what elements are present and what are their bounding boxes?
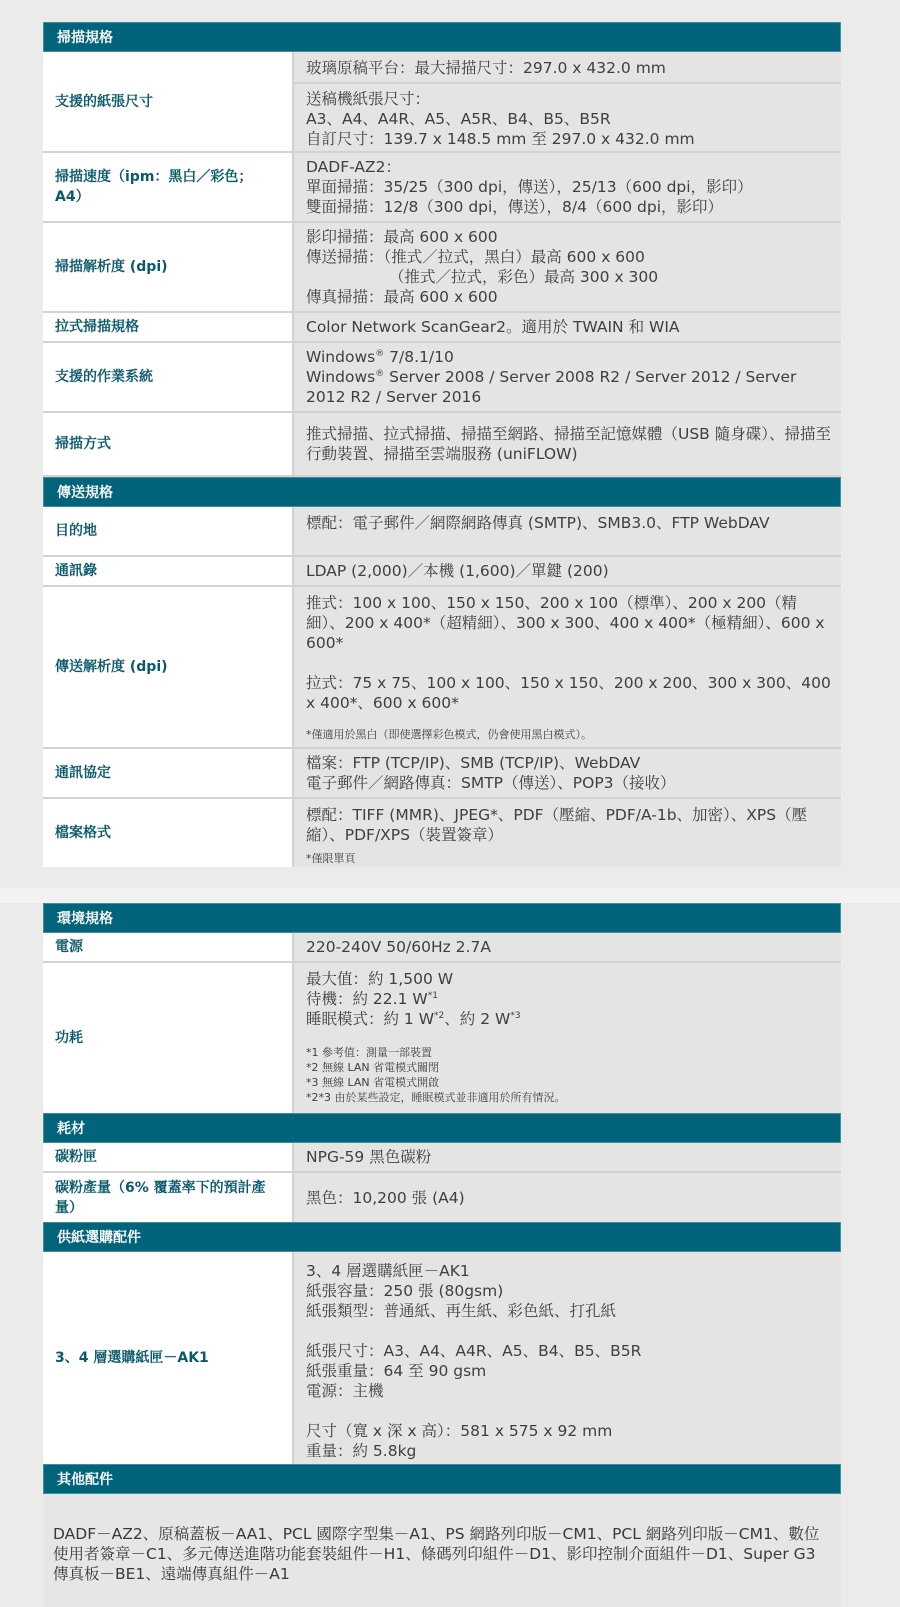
row-scan-speed: 掃描速度（ipm：黑白／彩色；A4） DADF-AZ2： 單面掃描：35/25（… [43,153,841,223]
footnote: *2*3 由於某些設定，睡眠模式並非適用於所有情況。 [306,1090,831,1105]
value-line: 黑色：10,200 張 (A4) [306,1188,831,1208]
spec-panel-top: 掃描規格 支援的紙張尺寸 玻璃原稿平台：最大掃描尺寸：297.0 x 432.0… [43,22,841,888]
value-line: 傳真掃描：最高 600 x 600 [306,287,831,307]
footnote-ref: *3 [510,1011,520,1021]
row-label: 通訊錄 [43,557,294,585]
row-value: 推式掃描、拉式掃描、掃描至網路、掃描至記憶媒體（USB 隨身碟）、掃描至行動裝置… [294,413,841,475]
row-label: 拉式掃描規格 [43,313,294,341]
sleep-value: 睡眠模式：約 1 W [306,1010,434,1028]
row-value: 影印掃描：最高 600 x 600 傳送掃描：（推式／拉式，黑白）最高 600 … [294,223,841,311]
row-label: 碳粉產量（6% 覆蓋率下的預計產量） [43,1173,294,1222]
os-name: Windows [306,348,375,366]
section-title: 耗材 [57,1118,85,1138]
section-header-environment: 環境規格 [43,903,841,933]
os-name: Windows [306,368,375,386]
footnote: *3 無線 LAN 省電模式開啟 [306,1075,831,1090]
row-send-resolution: 傳送解析度 (dpi) 推式：100 x 100、150 x 150、200 x… [43,587,841,749]
value-line: Color Network ScanGear2。適用於 TWAIN 和 WIA [306,317,831,337]
row-cassette-ak1: 3、4 層選購紙匣－AK1 3、4 層選購紙匣－AK1 紙張容量：250 張 (… [43,1252,841,1464]
custom-size: 自訂尺寸：139.7 x 148.5 mm 至 297.0 x 432.0 mm [306,129,841,149]
value-line: 3、4 層選購紙匣－AK1 [306,1261,831,1281]
section-title: 其他配件 [57,1469,113,1489]
row-scan-resolution: 掃描解析度 (dpi) 影印掃描：最高 600 x 600 傳送掃描：（推式／拉… [43,223,841,313]
value-line: 最大值：約 1,500 W [306,969,831,989]
row-label: 電源 [43,933,294,961]
section-title: 傳送規格 [57,482,113,502]
value-line: 電子郵件／網路傳真：SMTP（傳送）、POP3（接收） [306,773,831,793]
value-line: （推式／拉式，彩色）最高 300 x 300 [306,267,831,287]
registered-mark: ® [375,349,384,359]
footnote-ref: *2 [434,1011,444,1021]
row-label: 掃描速度（ipm：黑白／彩色；A4） [43,153,294,221]
section-header-consumables: 耗材 [43,1113,841,1143]
value-line: 紙張類型：普通紙、再生紙、彩色紙、打孔紙 [306,1301,831,1321]
row-value: 檔案：FTP (TCP/IP)、SMB (TCP/IP)、WebDAV 電子郵件… [294,749,841,797]
value-line: 尺寸（寬 x 深 x 高）：581 x 575 x 92 mm [306,1421,831,1441]
value-line: 傳送掃描：（推式／拉式，黑白）最高 600 x 600 [306,247,831,267]
spec-panel-bottom: 環境規格 電源 220-240V 50/60Hz 2.7A 功耗 最大值：約 1… [43,903,841,1607]
section-header-scan: 掃描規格 [43,22,841,52]
row-scan-method: 掃描方式 推式掃描、拉式掃描、掃描至網路、掃描至記憶媒體（USB 隨身碟）、掃描… [43,413,841,477]
section-title: 供紙選購配件 [57,1227,141,1247]
section-title: 掃描規格 [57,27,113,47]
row-paper-size: 支援的紙張尺寸 玻璃原稿平台：最大掃描尺寸：297.0 x 432.0 mm 送… [43,52,841,153]
feeder-sizes: A3、A4、A4R、A5、A5R、B4、B5、B5R [306,109,841,129]
row-label: 通訊協定 [43,749,294,797]
row-destination: 目的地 標配：電子郵件／網際網路傳真 (SMTP)、SMB3.0、FTP Web… [43,507,841,557]
value-line: 待機：約 22.1 W*1 [306,989,831,1009]
value-line: 睡眠模式：約 1 W*2、約 2 W*3 [306,1009,831,1029]
spacer [306,1029,831,1045]
feeder-title: 送稿機紙張尺寸： [306,89,841,109]
value-line: 重量：約 5.8kg [306,1441,831,1461]
value-line: LDAP (2,000)／本機 (1,600)／單鍵 (200) [306,561,831,581]
value-line: 標配：TIFF (MMR)、JPEG*、PDF（壓縮、PDF/A-1b、加密）、… [306,805,831,845]
row-label: 3、4 層選購紙匣－AK1 [43,1252,294,1464]
row-value: 玻璃原稿平台：最大掃描尺寸：297.0 x 432.0 mm 送稿機紙張尺寸： … [294,52,841,151]
row-value: 標配：電子郵件／網際網路傳真 (SMTP)、SMB3.0、FTP WebDAV [294,507,841,555]
row-protocol: 通訊協定 檔案：FTP (TCP/IP)、SMB (TCP/IP)、WebDAV… [43,749,841,799]
row-value: DADF-AZ2： 單面掃描：35/25（300 dpi，傳送），25/13（6… [294,153,841,221]
value-line: Windows® 7/8.1/10 [306,347,831,367]
row-toner: 碳粉匣 NPG-59 黑色碳粉 [43,1143,841,1173]
value-line: 推式掃描、拉式掃描、掃描至網路、掃描至記憶媒體（USB 隨身碟）、掃描至行動裝置… [306,424,831,464]
footnote: *僅限單頁 [306,851,831,866]
row-value: LDAP (2,000)／本機 (1,600)／單鍵 (200) [294,557,841,585]
row-label: 掃描方式 [43,413,294,475]
registered-mark: ® [375,369,384,379]
value-line: DADF-AZ2： [306,157,831,177]
value-line: 檔案：FTP (TCP/IP)、SMB (TCP/IP)、WebDAV [306,753,831,773]
section-divider [0,888,900,903]
glass-size: 玻璃原稿平台：最大掃描尺寸：297.0 x 432.0 mm [306,52,831,82]
spacer [306,653,831,673]
row-value: 220-240V 50/60Hz 2.7A [294,933,841,961]
other-options-list: DADF－AZ2、原稿蓋板－AA1、PCL 國際字型集－A1、PS 網路列印版－… [43,1494,841,1607]
row-label: 支援的紙張尺寸 [43,52,294,151]
row-value: 標配：TIFF (MMR)、JPEG*、PDF（壓縮、PDF/A-1b、加密）、… [294,799,841,867]
row-address-book: 通訊錄 LDAP (2,000)／本機 (1,600)／單鍵 (200) [43,557,841,587]
row-label: 目的地 [43,507,294,555]
row-value: 3、4 層選購紙匣－AK1 紙張容量：250 張 (80gsm) 紙張類型：普通… [294,1252,841,1464]
standby-value: 待機：約 22.1 W [306,990,428,1008]
row-value: NPG-59 黑色碳粉 [294,1143,841,1171]
spacer [306,1401,831,1421]
value-line: 220-240V 50/60Hz 2.7A [306,937,831,957]
row-label: 傳送解析度 (dpi) [43,587,294,747]
value-line: NPG-59 黑色碳粉 [306,1147,831,1167]
value-line: Windows® Server 2008 / Server 2008 R2 / … [306,367,831,407]
sleep-value: 、約 2 W [444,1010,510,1028]
push-resolution: 推式：100 x 100、150 x 150、200 x 100（標準）、200… [306,593,831,653]
pull-resolution: 拉式：75 x 75、100 x 100、150 x 150、200 x 200… [306,673,831,713]
value-line: 影印掃描：最高 600 x 600 [306,227,831,247]
spacer [306,713,831,727]
value-line: 電源：主機 [306,1381,831,1401]
footnote: *1 參考值：測量一部裝置 [306,1045,831,1060]
row-toner-yield: 碳粉產量（6% 覆蓋率下的預計產量） 黑色：10,200 張 (A4) [43,1173,841,1222]
spacer [306,1321,831,1341]
value-line: 標配：電子郵件／網際網路傳真 (SMTP)、SMB3.0、FTP WebDAV [306,513,831,533]
row-label: 支援的作業系統 [43,343,294,411]
value-line: 紙張容量：250 張 (80gsm) [306,1281,831,1301]
other-options-text: DADF－AZ2、原稿蓋板－AA1、PCL 國際字型集－A1、PS 網路列印版－… [53,1524,831,1584]
section-header-paper-options: 供紙選購配件 [43,1222,841,1252]
section-title: 環境規格 [57,908,113,928]
row-power: 電源 220-240V 50/60Hz 2.7A [43,933,841,963]
footnote: *僅適用於黑白（即使選擇彩色模式，仍會使用黑白模式）。 [306,727,831,742]
feeder-size: 送稿機紙張尺寸： A3、A4、A4R、A5、A5R、B4、B5、B5R 自訂尺寸… [294,82,841,153]
row-pull-scan: 拉式掃描規格 Color Network ScanGear2。適用於 TWAIN… [43,313,841,343]
footnote: *2 無線 LAN 省電模式關閉 [306,1060,831,1075]
row-file-format: 檔案格式 標配：TIFF (MMR)、JPEG*、PDF（壓縮、PDF/A-1b… [43,799,841,867]
row-value: 黑色：10,200 張 (A4) [294,1173,841,1222]
value-line: 紙張重量：64 至 90 gsm [306,1361,831,1381]
footnote-ref: *1 [428,991,438,1001]
row-value: Windows® 7/8.1/10 Windows® Server 2008 /… [294,343,841,411]
row-label: 檔案格式 [43,799,294,867]
row-supported-os: 支援的作業系統 Windows® 7/8.1/10 Windows® Serve… [43,343,841,413]
os-versions: 7/8.1/10 [384,348,454,366]
row-value: 最大值：約 1,500 W 待機：約 22.1 W*1 睡眠模式：約 1 W*2… [294,963,841,1113]
value-line: 單面掃描：35/25（300 dpi，傳送），25/13（600 dpi，影印） [306,177,831,197]
section-header-send: 傳送規格 [43,477,841,507]
section-header-other-options: 其他配件 [43,1464,841,1494]
row-label: 碳粉匣 [43,1143,294,1171]
value-line: 紙張尺寸：A3、A4、A4R、A5、B4、B5、B5R [306,1341,831,1361]
row-power-consumption: 功耗 最大值：約 1,500 W 待機：約 22.1 W*1 睡眠模式：約 1 … [43,963,841,1113]
row-label: 掃描解析度 (dpi) [43,223,294,311]
row-value: 推式：100 x 100、150 x 150、200 x 100（標準）、200… [294,587,841,747]
row-label: 功耗 [43,963,294,1113]
value-line: 雙面掃描：12/8（300 dpi，傳送），8/4（600 dpi，影印） [306,197,831,217]
row-value: Color Network ScanGear2。適用於 TWAIN 和 WIA [294,313,841,341]
